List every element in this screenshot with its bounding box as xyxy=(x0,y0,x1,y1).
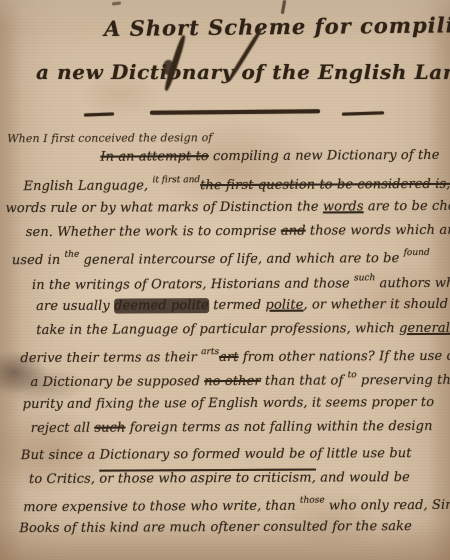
handwritten-text: in the writings of Orators, Historians a… xyxy=(32,276,354,293)
manuscript-line: words rule or by what marks of Distincti… xyxy=(6,199,450,216)
handwritten-text: sen. Whether the work is to comprise xyxy=(26,224,281,240)
manuscript-line: reject all such foreign terms as not fal… xyxy=(31,419,433,436)
handwritten-text: Books of this kind are much oftener cons… xyxy=(19,519,412,536)
handwritten-struck-text: art xyxy=(219,350,239,365)
handwritten-text: authors which xyxy=(375,276,450,292)
handwritten-text: foreign terms as not falling within the … xyxy=(125,419,432,436)
manuscript-line: a Dictionary be supposed no other than t… xyxy=(30,370,450,390)
manuscript-body: When I first conceived the design ofIn a… xyxy=(5,0,450,560)
handwritten-text: When I first conceived the design of xyxy=(7,131,212,145)
manuscript-line: In an attempt to compiling a new Diction… xyxy=(100,148,439,165)
handwritten-underline-text: generally xyxy=(399,321,450,336)
handwritten-text: preserving the xyxy=(357,373,450,389)
handwritten-ins-text: to xyxy=(348,370,357,380)
handwritten-struck-text: no other xyxy=(204,374,261,389)
handwritten-text: take in the Language of particular profe… xyxy=(36,321,399,338)
handwritten-text: to Critics, xyxy=(29,472,99,487)
handwritten-ins-text: found xyxy=(404,248,430,258)
handwritten-text: purity and fixing the use of English wor… xyxy=(23,395,435,412)
handwritten-text: compiling a new Dictionary of the xyxy=(209,148,440,164)
handwritten-text: than that of xyxy=(261,373,348,388)
handwritten-text: are to be cho xyxy=(364,199,450,214)
manuscript-page: A Short Scheme for compiling a new Dicti… xyxy=(0,0,450,560)
handwritten-text: English Language, xyxy=(23,178,152,194)
manuscript-line: English Language, it first andthe first … xyxy=(23,174,450,195)
handwritten-underline-text: words xyxy=(323,199,364,214)
manuscript-line: sen. Whether the work is to comprise and… xyxy=(26,223,450,240)
manuscript-line: take in the Language of particular profe… xyxy=(36,321,450,338)
handwritten-text: are usually xyxy=(36,299,114,314)
handwritten-text: reject all xyxy=(31,421,95,436)
handwritten-text: termed xyxy=(209,298,266,313)
manuscript-line: When I first conceived the design of xyxy=(7,131,212,145)
handwritten-ins-text: arts xyxy=(201,347,219,357)
handwritten-underline-text: polite xyxy=(265,298,303,313)
handwritten-ins-text: such xyxy=(354,273,375,283)
handwritten-blot-text: deemed polite xyxy=(114,298,209,313)
handwritten-text: and would be xyxy=(316,470,410,485)
handwritten-text: But since a Dictionary so formed would b… xyxy=(21,446,412,463)
manuscript-line: more expensive to those who write, than … xyxy=(23,495,450,515)
handwritten-text: more expensive to those who write, than xyxy=(23,499,300,515)
manuscript-line: derive their terms as their artsart from… xyxy=(20,346,450,366)
manuscript-line: to Critics, or those who aspire to criti… xyxy=(29,470,410,487)
handwritten-text: from other nations? If the use of xyxy=(239,349,450,365)
manuscript-line: are usually deemed polite termed polite,… xyxy=(36,297,448,314)
handwritten-text: used in xyxy=(12,253,65,268)
manuscript-line: in the writings of Orators, Historians a… xyxy=(32,273,450,293)
handwritten-ins-text: those xyxy=(300,495,325,505)
manuscript-line: purity and fixing the use of English wor… xyxy=(23,395,435,412)
handwritten-ins-text: the xyxy=(64,250,79,260)
handwritten-text: , or whether it should xyxy=(303,297,448,313)
handwritten-text: those words which are xyxy=(306,223,450,239)
handwritten-text: derive their terms as their xyxy=(20,350,201,366)
handwritten-text: general intercourse of life, and which a… xyxy=(79,251,403,268)
manuscript-line: But since a Dictionary so formed would b… xyxy=(21,446,412,463)
handwritten-struck-text: the first question to be considered is, xyxy=(200,177,450,193)
handwritten-text: who only read, Since xyxy=(325,498,450,514)
handwritten-ins-text: it first and xyxy=(152,175,200,185)
handwritten-struck-text: such xyxy=(94,421,125,436)
handwritten-struck-text: and xyxy=(281,224,306,239)
handwritten-text: words rule or by what marks of Distincti… xyxy=(6,200,323,217)
handwritten-struck-text: In an attempt to xyxy=(100,149,209,165)
manuscript-line: Books of this kind are much oftener cons… xyxy=(19,519,412,536)
manuscript-line: used in the general intercourse of life,… xyxy=(12,248,430,268)
handwritten-overline-text: or those who aspire to criticism, xyxy=(99,471,316,487)
handwritten-text: a Dictionary be supposed xyxy=(30,374,204,390)
